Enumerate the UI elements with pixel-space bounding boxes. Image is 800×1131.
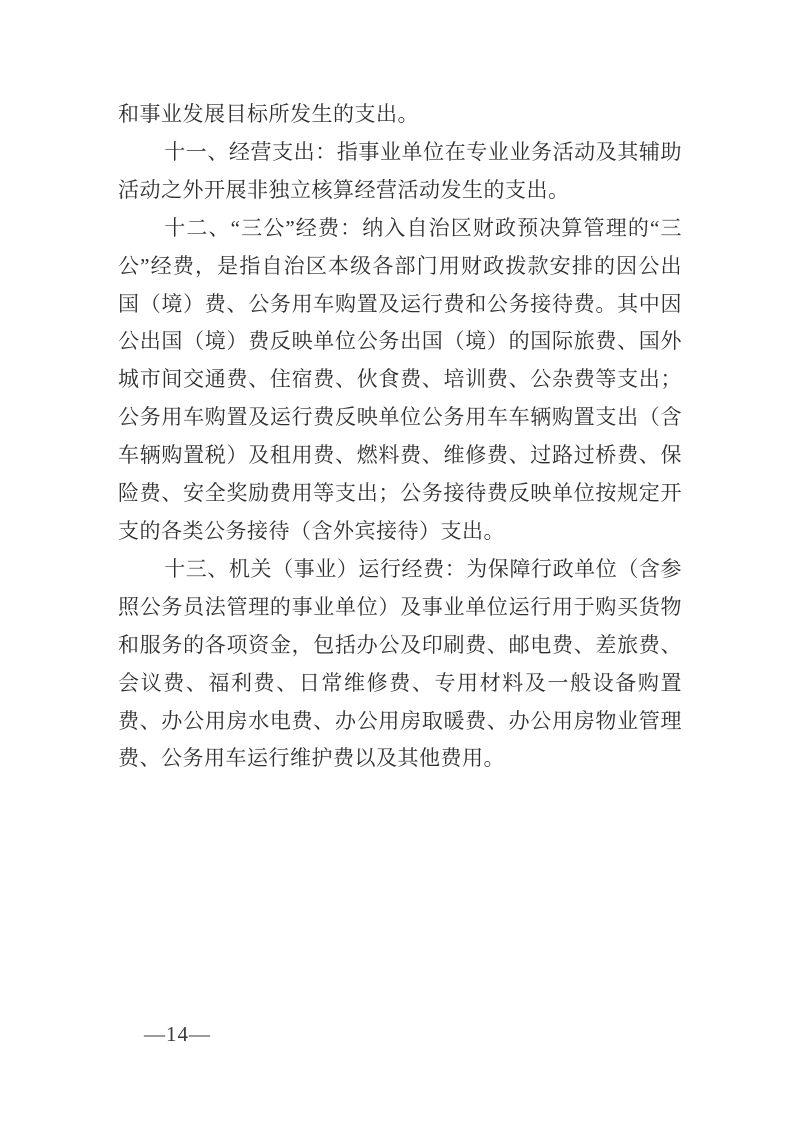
paragraph-item-12-three-public-funds: 十二、“三公”经费：纳入自治区财政预决算管理的“三公”经费，是指自治区本级各部门… xyxy=(118,210,682,551)
paragraph-continuation: 和事业发展目标所发生的支出。 xyxy=(118,96,682,134)
document-body: 和事业发展目标所发生的支出。 十一、经营支出：指事业单位在专业业务活动及其辅助活… xyxy=(118,96,682,778)
paragraph-item-11-operating-expenditure: 十一、经营支出：指事业单位在专业业务活动及其辅助活动之外开展非独立核算经营活动发… xyxy=(118,134,682,210)
page-number: —14— xyxy=(144,1022,211,1047)
paragraph-item-13-agency-operating-funds: 十三、机关（事业）运行经费：为保障行政单位（含参照公务员法管理的事业单位）及事业… xyxy=(118,551,682,778)
document-page: 和事业发展目标所发生的支出。 十一、经营支出：指事业单位在专业业务活动及其辅助活… xyxy=(0,0,800,1131)
